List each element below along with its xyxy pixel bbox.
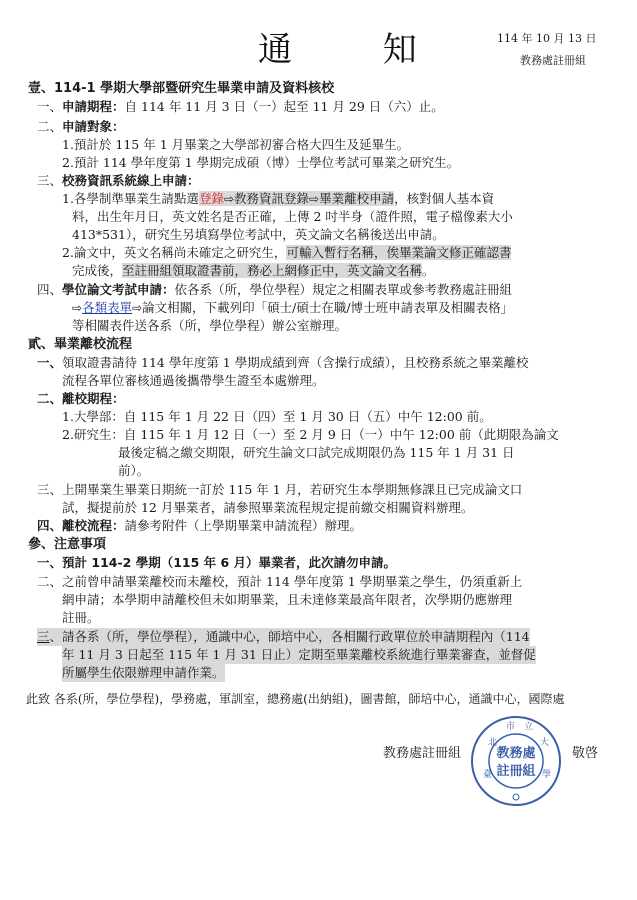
item-text: 上開畢業生畢業日期統一訂於 115 年 1 月，若研究生本學期無修課且已完成論文… [62,482,522,497]
s1-item-3-sub-2: 2.論文中，英文名稱尚未確定之研究生，可輸入暫行名稱，俟畢業論文修正確認書 [62,244,511,262]
item-text: 論文相關，下載列印「碩士/碩士在職/博士班申請表單及相關表格」 [142,300,513,315]
svg-text:臺: 臺 [483,768,492,780]
item-text: 依各系（所，學位學程）規定之相關表單或參考教務處註冊組 [175,282,513,297]
signature-closing: 敬啓 [572,742,598,761]
s3-item-2-line-3: 註冊。 [62,609,100,627]
issuer-office: 教務處註冊組 [520,52,586,68]
s1-item-3-sub-1: 1.各學制準畢業生請點選登錄⇨教務資訊登錄⇨畢業離校申請，核對個人基本資 [62,190,494,208]
s2-item-2: 二、離校期程： [37,390,125,408]
s2-item-1: 一、領取證書請待 114 學年度第 1 學期成績到齊（含操行成績），且校務系統之… [37,354,528,372]
item-text: 之前曾申請畢業離校而未離校，預計 114 學年度第 1 學期畢業之學生，仍須重新… [62,574,522,589]
section-1-heading: 壹、114-1 學期大學部暨研究生畢業申請及資料核校 [28,80,334,98]
s1-item-2-sub-1: 1.預計於 115 年 1 月畢業之大學部初審合格大四生及延畢生。 [62,136,409,154]
section-3-heading: 參、注意事項 [28,536,106,554]
svg-text:大: 大 [540,736,549,748]
highlighted-text: 可輸入暫行名稱，俟畢業論文修正確認書 [286,245,511,260]
svg-text:立: 立 [524,720,533,732]
s2-item-3-line-2: 試，擬提前於 12 月畢業者，請參照畢業流程規定提前繳交相關資料辦理。 [62,499,473,517]
arrow-icon: ⇨ [309,192,319,206]
item-label: 一、 [37,355,62,370]
item-text: 1.各學制準畢業生請點選 [62,191,199,206]
s3-item-3: 三、請各系（所，學位學程），通識中心，師培中心，各相關行政單位於申請期程內（11… [37,628,530,646]
recipients: 此致 各系(所，學位學程)，學務處，軍訓室，總務處(出納組)，圖書館，師培中心，… [26,690,565,708]
s3-item-3-line-2: 年 11 月 3 日起至 115 年 1 月 31 日止）定期至畢業離校系統進行… [62,646,536,664]
item-text: 請參考附件（上學期畢業申請流程）辦理。 [125,518,363,533]
s1-item-2-sub-2: 2.預計 114 學年度第 1 學期完成碩（博）士學位考試可畢業之研究生。 [62,154,459,172]
s1-item-2: 二、申請對象： [37,118,125,136]
item-label: 三、 [37,482,62,497]
item-label: 四、 [37,518,62,533]
stamp-inner-1: 教務處 [495,745,535,761]
s2-item-2-sub-2: 2.研究生：自 115 年 1 月 12 日（一）至 2 月 9 日（一）中午 … [62,426,559,444]
s1-item-4-line-2: ⇨各類表單⇨論文相關，下載列印「碩士/碩士在職/博士班申請表單及相關表格」 [72,299,513,317]
stamp-inner-2: 註冊組 [496,763,535,779]
path-step: 畢業離校申請 [319,191,394,206]
item-text: 、請各系（所，學位學程），通識中心，師培中心，各相關行政單位於申請期程內（114 [50,629,530,644]
s3-item-1: 一、預計 114-2 學期（115 年 6 月）畢業者，此次請勿申請。 [37,554,396,572]
arrow-icon: ⇨ [224,192,234,206]
item-label: 二、 [37,391,62,406]
forms-link[interactable]: 各類表單 [82,300,132,315]
svg-text:市: 市 [506,720,515,732]
item-text: 自 114 年 11 月 3 日（一）起至 11 月 29 日（六）止。 [125,99,444,114]
item-bold-label: 離校期程： [62,391,125,406]
s1-item-3-sub-1-line-3: 413*531），研究生另填寫學位考試中，英文論文名稱後送出申請。 [72,226,445,244]
item-label: 四、 [37,282,62,297]
s2-item-2-sub-2-line-3: 前）。 [118,462,149,480]
arrow-icon: ⇨ [72,301,82,315]
arrow-icon: ⇨ [132,301,142,315]
item-label: 一、 [37,555,62,570]
svg-text:學: 學 [542,769,551,780]
login-link[interactable]: 登錄 [199,191,224,206]
s2-item-4: 四、離校流程：請參考附件（上學期畢業申請流程）辦理。 [37,517,362,535]
item-text: 完成後， [72,263,122,278]
s1-item-3: 三、校務資訊系統線上申請： [37,172,200,190]
item-bold-label: 申請對象： [62,119,125,134]
item-label: 三、 [37,173,62,188]
item-bold-text: 預計 114-2 學期（115 年 6 月）畢業者，此次請勿申請。 [62,555,396,570]
notice-date: 114 年 10 月 13 日 [497,30,596,46]
item-label: 一、 [37,99,62,114]
item-bold-label: 申請期程： [62,99,125,114]
item-label: 二、 [37,574,62,589]
svg-text:北: 北 [488,736,497,748]
s1-item-4-line-3: 等相關表件送各系（所，學位學程）辦公室辦理。 [72,317,347,335]
notice-title: 通 知 [258,22,457,71]
path-step: 教務資訊登錄 [234,191,309,206]
item-bold-label: 離校流程： [62,518,125,533]
s2-item-2-sub-1: 1.大學部：自 115 年 1 月 22 日（四）至 1 月 30 日（五）中午… [62,408,492,426]
item-text: 領取證書請待 114 學年度第 1 學期成績到齊（含操行成績），且校務系統之畢業… [62,355,528,370]
item-label: 二、 [37,119,62,134]
item-text: 2.論文中，英文名稱尚未確定之研究生， [62,245,286,260]
s2-item-1-line-2: 流程各單位審核通過後攜帶學生證至本處辦理。 [62,372,325,390]
s3-item-3-line-3: 所屬學生依限辦理申請作業。 [62,664,225,682]
item-label: 三 [37,629,50,644]
section-2-heading: 貳、畢業離校流程 [28,336,132,354]
s1-item-3-sub-2-line-2: 完成後，至註冊組領取證書前，務必上網修正中，英文論文名稱。 [72,262,435,280]
s3-item-2-line-2: 網申請；本學期申請離校但未如期畢業，且未達修業最高年限者，次學期仍應辦理 [62,591,512,609]
s2-item-3: 三、上開畢業生畢業日期統一訂於 115 年 1 月，若研究生本學期無修課且已完成… [37,481,522,499]
s1-item-1: 一、申請期程：自 114 年 11 月 3 日（一）起至 11 月 29 日（六… [37,98,444,116]
item-text: 。 [422,263,435,278]
s3-item-2: 二、之前曾申請畢業離校而未離校，預計 114 學年度第 1 學期畢業之學生，仍須… [37,573,522,591]
s1-item-4: 四、學位論文考試申請：依各系（所，學位學程）規定之相關表單或參考教務處註冊組 [37,281,512,299]
item-text: ，核對個人基本資 [394,191,494,206]
item-bold-label: 學位論文考試申請： [62,282,175,297]
s2-item-2-sub-2-line-2: 最後定稿之繳交期限，研究生論文口試完成期限仍為 115 年 1 月 31 日 [118,444,515,462]
s1-item-3-sub-1-line-2: 料，出生年月日，英文姓名是否正確，上傳 2 吋半身（證件照，電子檔像素大小 [72,208,513,226]
item-bold-label: 校務資訊系統線上申請： [62,173,200,188]
signature-office: 教務處註冊組 [383,742,461,761]
official-seal-icon: 教務處 註冊組 臺 北 市 立 大 學 [470,715,562,807]
highlighted-text: 至註冊組領取證書前，務必上網修正中，英文論文名稱 [122,263,422,278]
